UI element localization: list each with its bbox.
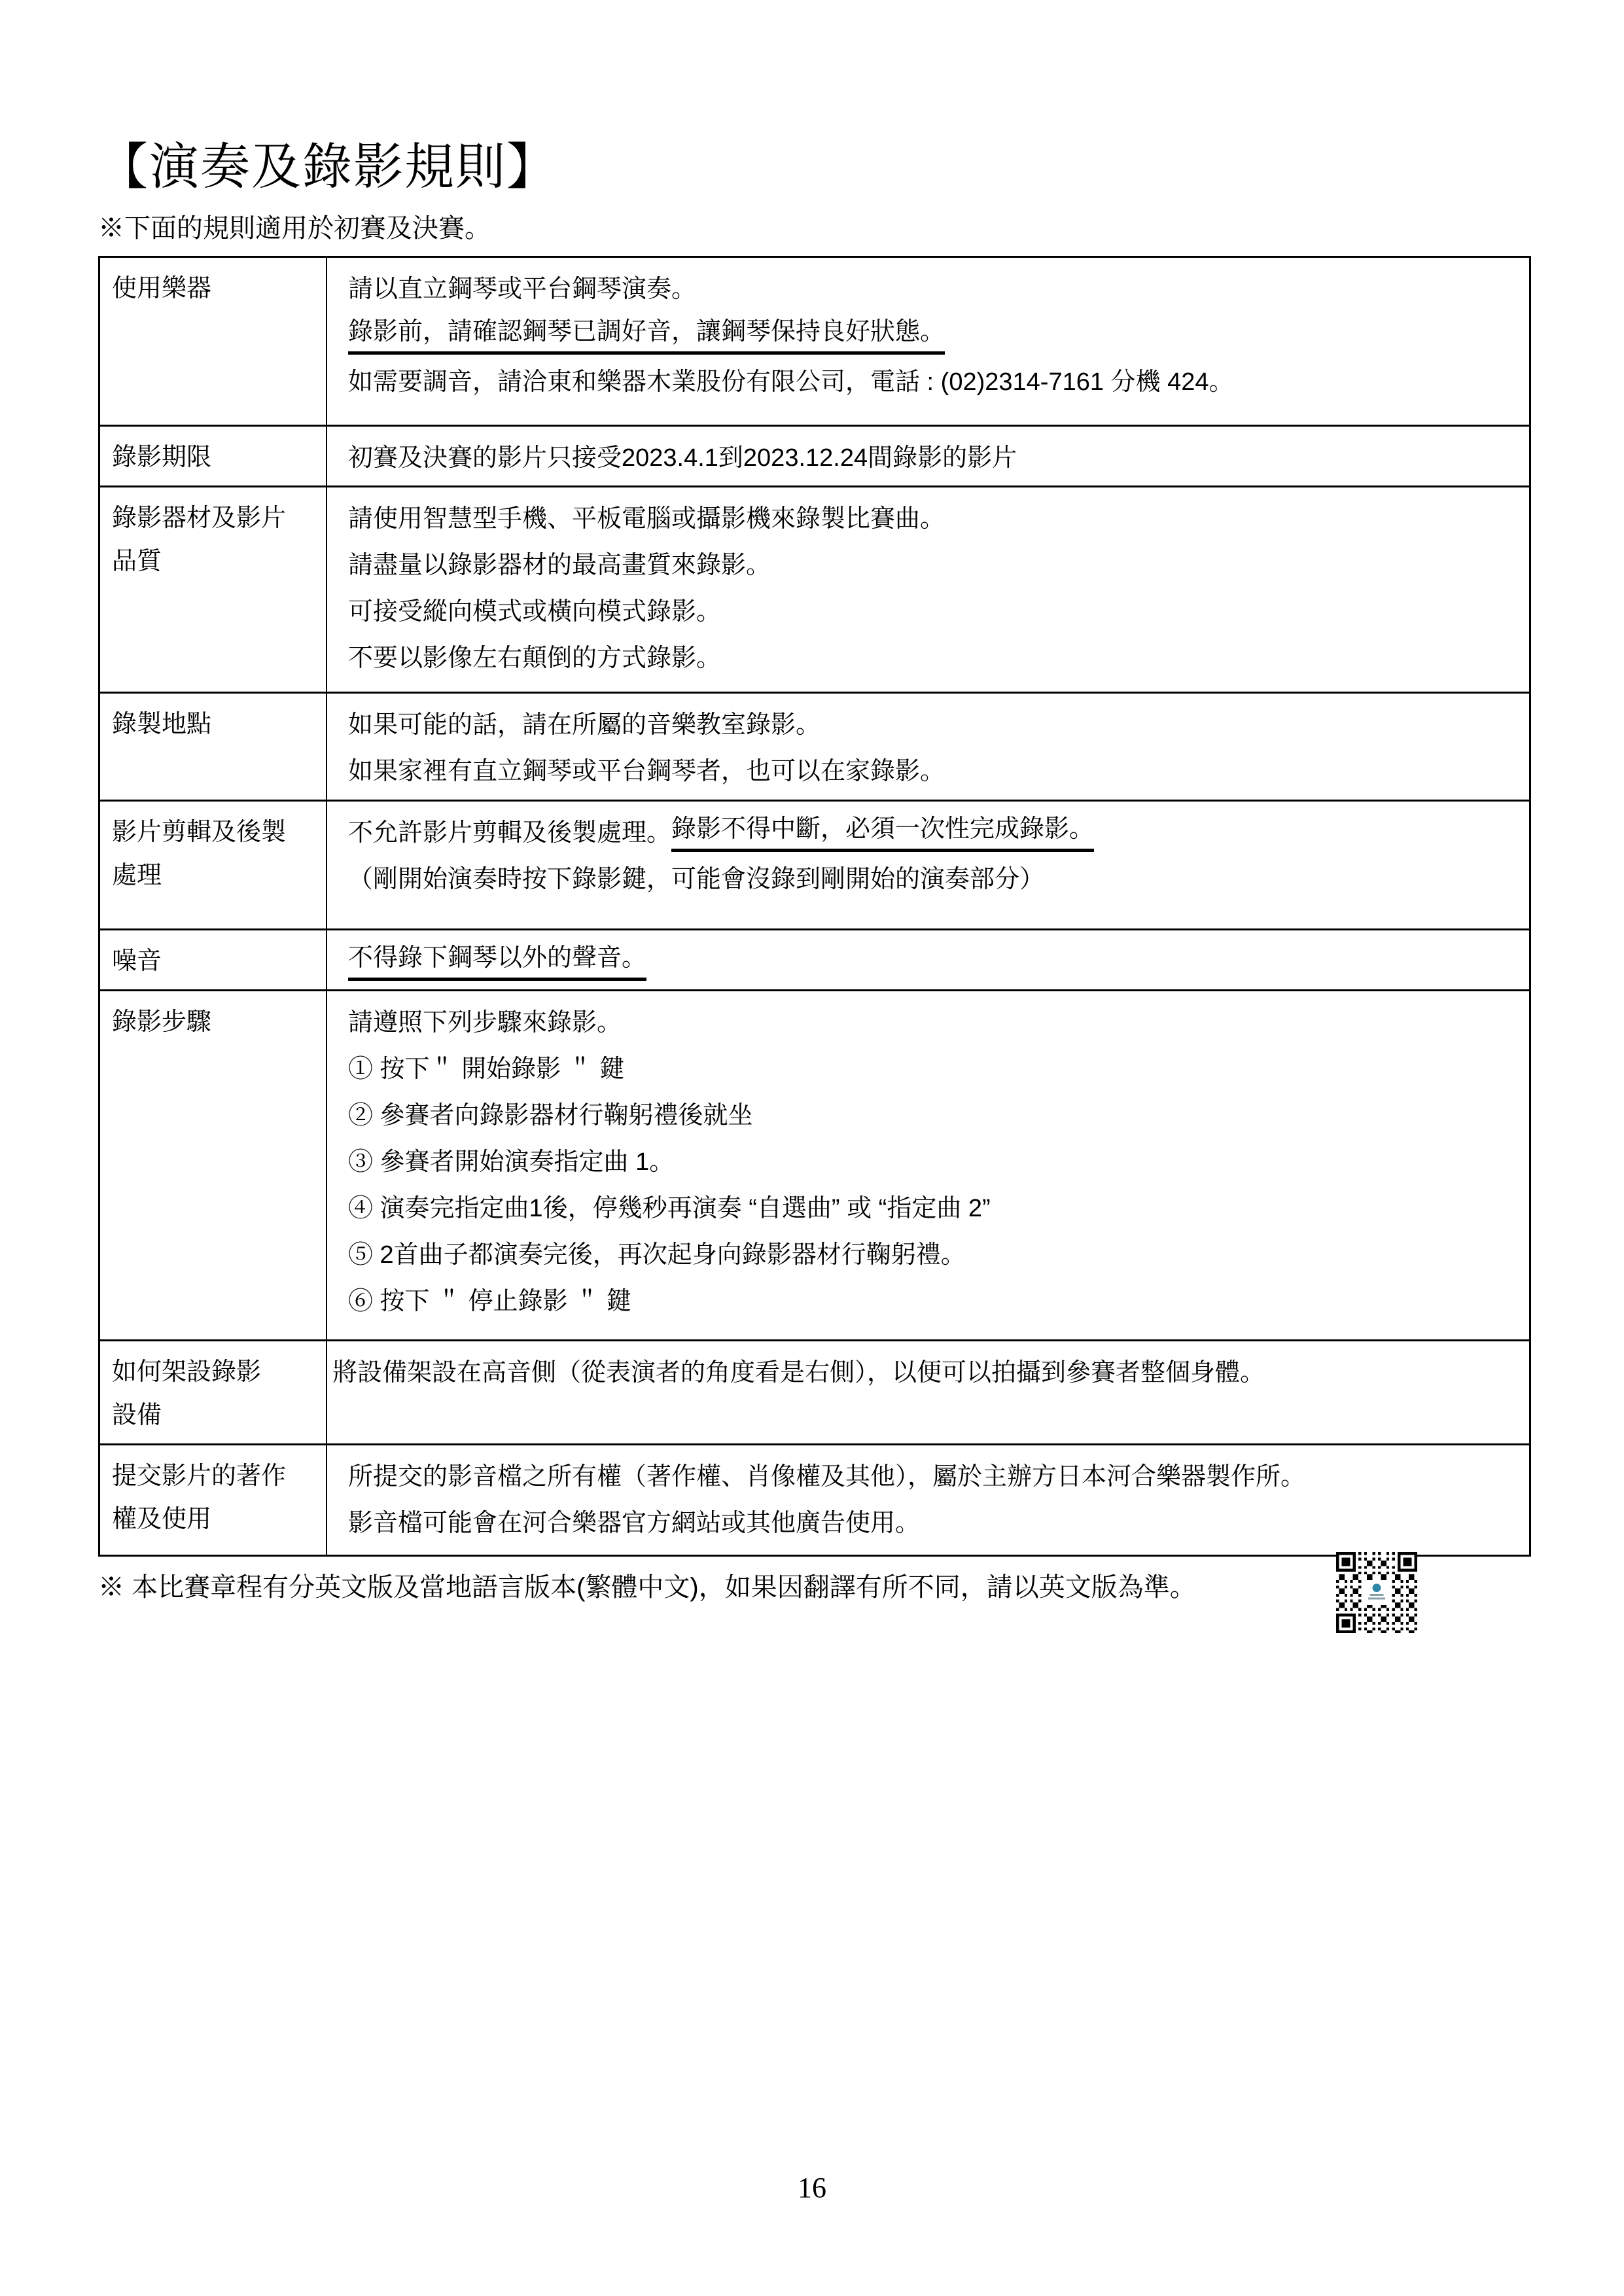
table-row: 如何架設錄影 設備將設備架設在高音側（從表演者的角度看是右側），以便可以拍攝到參… [100,1339,1529,1443]
row-label: 錄影器材及影片 品質 [100,487,327,692]
row-content: 請使用智慧型手機、平板電腦或攝影機來錄製比賽曲。請盡量以錄影器材的最高畫質來錄影… [327,487,1529,692]
qr-center-logo [1367,1583,1386,1602]
content-line: 請遵照下列步驟來錄影。 [348,997,1516,1043]
content-line: 請使用智慧型手機、平板電腦或攝影機來錄製比賽曲。 [348,493,1516,539]
rules-table: 使用樂器請以直立鋼琴或平台鋼琴演奏。錄影前，請確認鋼琴已調好音，讓鋼琴保持良好狀… [98,256,1531,1557]
row-label: 錄影步驟 [100,991,327,1339]
content-line: 影音檔可能會在河合樂器官方網站或其他廣告使用。 [348,1497,1516,1544]
text-segment: ⑤ 2首曲子都演奏完後，再次起身向錄影器材行鞠躬禮。 [348,1234,966,1270]
page-number: 16 [0,2171,1624,2204]
content-line: ③ 參賽者開始演奏指定曲 1。 [348,1136,1516,1182]
content-line: 可接受縱向模式或橫向模式錄影。 [348,586,1516,632]
content-line: 不允許影片剪輯及後製處理。錄影不得中斷，必須一次性完成錄影。 [348,807,1516,853]
text-segment: 影音檔可能會在河合樂器官方網站或其他廣告使用。 [348,1502,920,1538]
underlined-text: 不得錄下鋼琴以外的聲音。 [348,937,646,981]
table-row: 提交影片的著作 權及使用所提交的影音檔之所有權（著作權、肖像權及其他），屬於主辦… [100,1443,1529,1555]
content-line: 如需要調音，請洽東和樂器木業股份有限公司，電話 : (02)2314-7161 … [348,356,1516,402]
document-content: 【演奏及錄影規則】 ※下面的規則適用於初賽及決賽。 使用樂器請以直立鋼琴或平台鋼… [98,0,1531,1557]
content-line: 將設備架設在高音側（從表演者的角度看是右側），以便可以拍攝到參賽者整個身體。 [332,1347,1516,1393]
text-segment: 不允許影片剪輯及後製處理。 [348,812,671,848]
content-line: ② 參賽者向錄影器材行鞠躬禮後就坐 [348,1089,1516,1136]
row-content: 所提交的影音檔之所有權（著作權、肖像權及其他），屬於主辦方日本河合樂器製作所。影… [327,1445,1529,1555]
text-segment: 不要以影像左右顛倒的方式錄影。 [348,637,721,673]
row-content: 將設備架設在高音側（從表演者的角度看是右側），以便可以拍攝到參賽者整個身體。 [327,1341,1529,1443]
content-line: ⑥ 按下 ＂ 停止錄影 ＂ 鍵 [348,1275,1516,1322]
table-row: 錄影器材及影片 品質請使用智慧型手機、平板電腦或攝影機來錄製比賽曲。請盡量以錄影… [100,486,1529,692]
text-segment: 請以直立鋼琴或平台鋼琴演奏。 [348,268,696,304]
document-page: 【演奏及錄影規則】 ※下面的規則適用於初賽及決賽。 使用樂器請以直立鋼琴或平台鋼… [0,0,1624,2296]
table-row: 使用樂器請以直立鋼琴或平台鋼琴演奏。錄影前，請確認鋼琴已調好音，讓鋼琴保持良好狀… [100,258,1529,425]
content-line: 所提交的影音檔之所有權（著作權、肖像權及其他），屬於主辦方日本河合樂器製作所。 [348,1451,1516,1497]
table-row: 錄影步驟請遵照下列步驟來錄影。① 按下＂ 開始錄影 ＂ 鍵② 參賽者向錄影器材行… [100,989,1529,1339]
row-label: 如何架設錄影 設備 [100,1341,327,1443]
text-segment: 請遵照下列步驟來錄影。 [348,1002,622,1038]
content-line: 初賽及決賽的影片只接受2023.4.1到2023.12.24間錄影的影片 [348,432,1516,478]
text-segment: ⑥ 按下 ＂ 停止錄影 ＂ 鍵 [348,1280,631,1316]
row-content: 如果可能的話，請在所屬的音樂教室錄影。如果家裡有直立鋼琴或平台鋼琴者，也可以在家… [327,694,1529,800]
text-segment: 請使用智慧型手機、平板電腦或攝影機來錄製比賽曲。 [348,498,945,534]
footer-note: ※ 本比賽章程有分英文版及當地語言版本(繁體中文)，如果因翻譯有所不同，請以英文… [98,1570,1309,1604]
text-segment: 如果家裡有直立鋼琴或平台鋼琴者，也可以在家錄影。 [348,751,945,786]
text-segment: ① 按下＂ 開始錄影 ＂ 鍵 [348,1048,624,1084]
content-line: 請盡量以錄影器材的最高畫質來錄影。 [348,539,1516,586]
text-segment: 如果可能的話，請在所屬的音樂教室錄影。 [348,704,821,740]
row-content: 請以直立鋼琴或平台鋼琴演奏。錄影前，請確認鋼琴已調好音，讓鋼琴保持良好狀態。如需… [327,258,1529,425]
text-segment: 初賽及決賽的影片只接受2023.4.1到2023.12.24間錄影的影片 [348,437,1017,473]
content-line: ⑤ 2首曲子都演奏完後，再次起身向錄影器材行鞠躬禮。 [348,1229,1516,1275]
row-label: 噪音 [100,930,327,989]
qr-code-icon [1336,1552,1417,1633]
content-line: 錄影前，請確認鋼琴已調好音，讓鋼琴保持良好狀態。 [348,309,1516,356]
content-line: （剛開始演奏時按下錄影鍵，可能會沒錄到剛開始的演奏部分） [348,853,1516,900]
table-row: 錄製地點如果可能的話，請在所屬的音樂教室錄影。如果家裡有直立鋼琴或平台鋼琴者，也… [100,692,1529,800]
row-content: 請遵照下列步驟來錄影。① 按下＂ 開始錄影 ＂ 鍵② 參賽者向錄影器材行鞠躬禮後… [327,991,1529,1339]
content-line: ④ 演奏完指定曲1後，停幾秒再演奏 “自選曲” 或 “指定曲 2” [348,1182,1516,1229]
content-line: ① 按下＂ 開始錄影 ＂ 鍵 [348,1043,1516,1089]
row-label: 錄影期限 [100,427,327,486]
row-content: 不允許影片剪輯及後製處理。錄影不得中斷，必須一次性完成錄影。（剛開始演奏時按下錄… [327,802,1529,928]
text-segment: ③ 參賽者開始演奏指定曲 1。 [348,1141,674,1177]
row-label: 使用樂器 [100,258,327,425]
row-label: 提交影片的著作 權及使用 [100,1445,327,1555]
text-segment: 將設備架設在高音側（從表演者的角度看是右側），以便可以拍攝到參賽者整個身體。 [332,1352,1265,1388]
table-row: 影片剪輯及後製 處理不允許影片剪輯及後製處理。錄影不得中斷，必須一次性完成錄影。… [100,800,1529,928]
content-line: 請以直立鋼琴或平台鋼琴演奏。 [348,263,1516,309]
page-title: 【演奏及錄影規則】 [98,0,1531,196]
row-label: 錄製地點 [100,694,327,800]
text-segment: ④ 演奏完指定曲1後，停幾秒再演奏 “自選曲” 或 “指定曲 2” [348,1188,991,1224]
text-segment: 請盡量以錄影器材的最高畫質來錄影。 [348,544,771,580]
table-scope-note: ※下面的規則適用於初賽及決賽。 [98,213,1531,244]
table-row: 噪音不得錄下鋼琴以外的聲音。 [100,928,1529,989]
underlined-text: 錄影不得中斷，必須一次性完成錄影。 [671,808,1094,852]
row-content: 初賽及決賽的影片只接受2023.4.1到2023.12.24間錄影的影片 [327,427,1529,486]
content-line: 如果可能的話，請在所屬的音樂教室錄影。 [348,699,1516,745]
text-segment: 所提交的影音檔之所有權（著作權、肖像權及其他），屬於主辦方日本河合樂器製作所。 [348,1456,1305,1492]
text-segment: 可接受縱向模式或橫向模式錄影。 [348,591,721,627]
content-line: 如果家裡有直立鋼琴或平台鋼琴者，也可以在家錄影。 [348,745,1516,792]
text-segment: 如需要調音，請洽東和樂器木業股份有限公司，電話 : (02)2314-7161 … [348,361,1234,397]
content-line: 不得錄下鋼琴以外的聲音。 [348,936,1516,982]
text-segment: （剛開始演奏時按下錄影鍵，可能會沒錄到剛開始的演奏部分） [348,858,1044,894]
row-content: 不得錄下鋼琴以外的聲音。 [327,930,1529,989]
text-segment: ② 參賽者向錄影器材行鞠躬禮後就坐 [348,1095,753,1131]
table-row: 錄影期限初賽及決賽的影片只接受2023.4.1到2023.12.24間錄影的影片 [100,425,1529,486]
content-line: 不要以影像左右顛倒的方式錄影。 [348,632,1516,679]
row-label: 影片剪輯及後製 處理 [100,802,327,928]
underlined-text: 錄影前，請確認鋼琴已調好音，讓鋼琴保持良好狀態。 [348,311,945,355]
